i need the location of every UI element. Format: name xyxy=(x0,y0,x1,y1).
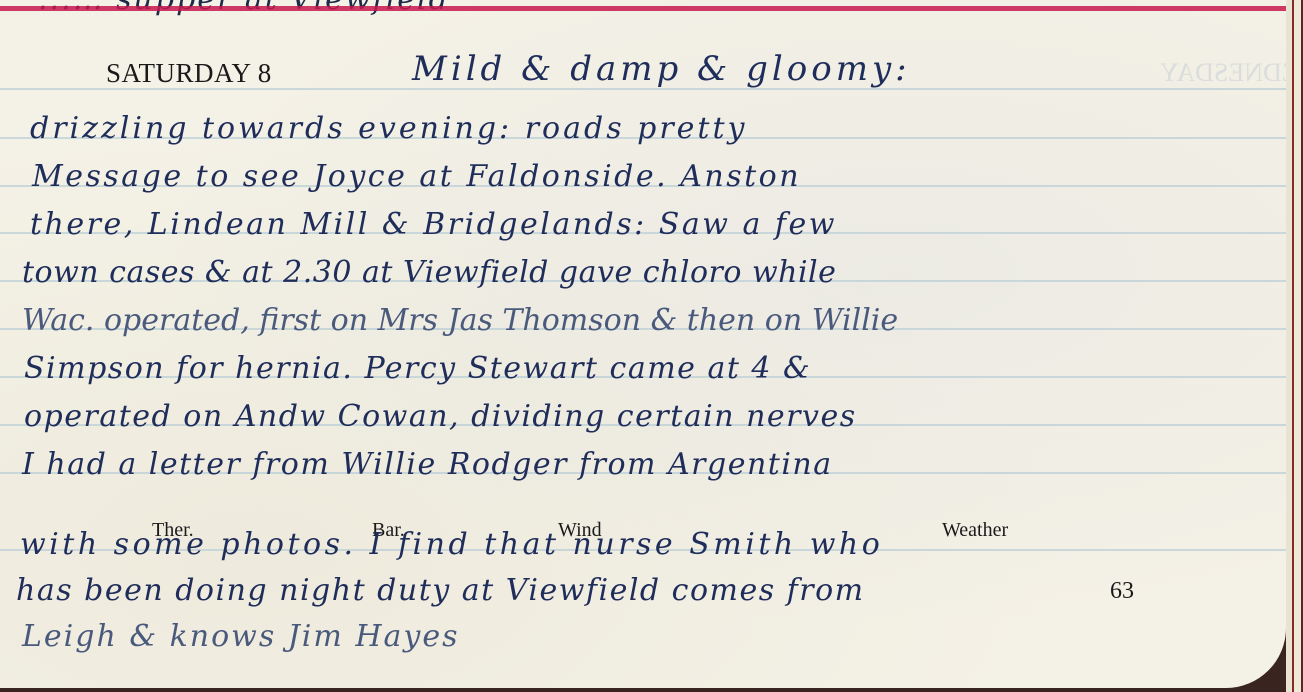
label-weather: Weather xyxy=(942,519,1008,542)
handwritten-line: Message to see Joyce at Faldonside. Anst… xyxy=(32,162,801,192)
handwritten-line: has been doing night duty at Viewfield c… xyxy=(16,576,865,606)
handwritten-line: Leigh & knows Jim Hayes xyxy=(22,622,460,652)
handwritten-line: I had a letter from Willie Rodger from A… xyxy=(22,450,833,480)
handwritten-line: town cases & at 2.30 at Viewfield gave c… xyxy=(22,258,836,288)
handwritten-line: drizzling towards evening: roads pretty xyxy=(30,114,747,144)
handwritten-line: operated on Andw Cowan, dividing certain… xyxy=(24,402,857,432)
handwritten-line: Mild & damp & gloomy: xyxy=(412,52,911,86)
show-through-heading: WEDNESDAY xyxy=(1160,58,1286,88)
page-number: 63 xyxy=(1110,578,1134,605)
handwritten-line: Wac. operated, first on Mrs Jas Thomson … xyxy=(22,306,898,336)
diary-page: WEDNESDAY ...… supper at Viewfield SATUR… xyxy=(0,0,1286,688)
handwritten-line: there, Lindean Mill & Bridgelands: Saw a… xyxy=(30,210,837,240)
handwritten-line: Simpson for hernia. Percy Stewart came a… xyxy=(24,354,811,384)
handwritten-line: with some photos. I find that nurse Smit… xyxy=(20,530,883,560)
top-red-rule xyxy=(0,6,1286,11)
page-edge xyxy=(1286,0,1303,692)
day-heading: SATURDAY 8 xyxy=(106,58,272,89)
